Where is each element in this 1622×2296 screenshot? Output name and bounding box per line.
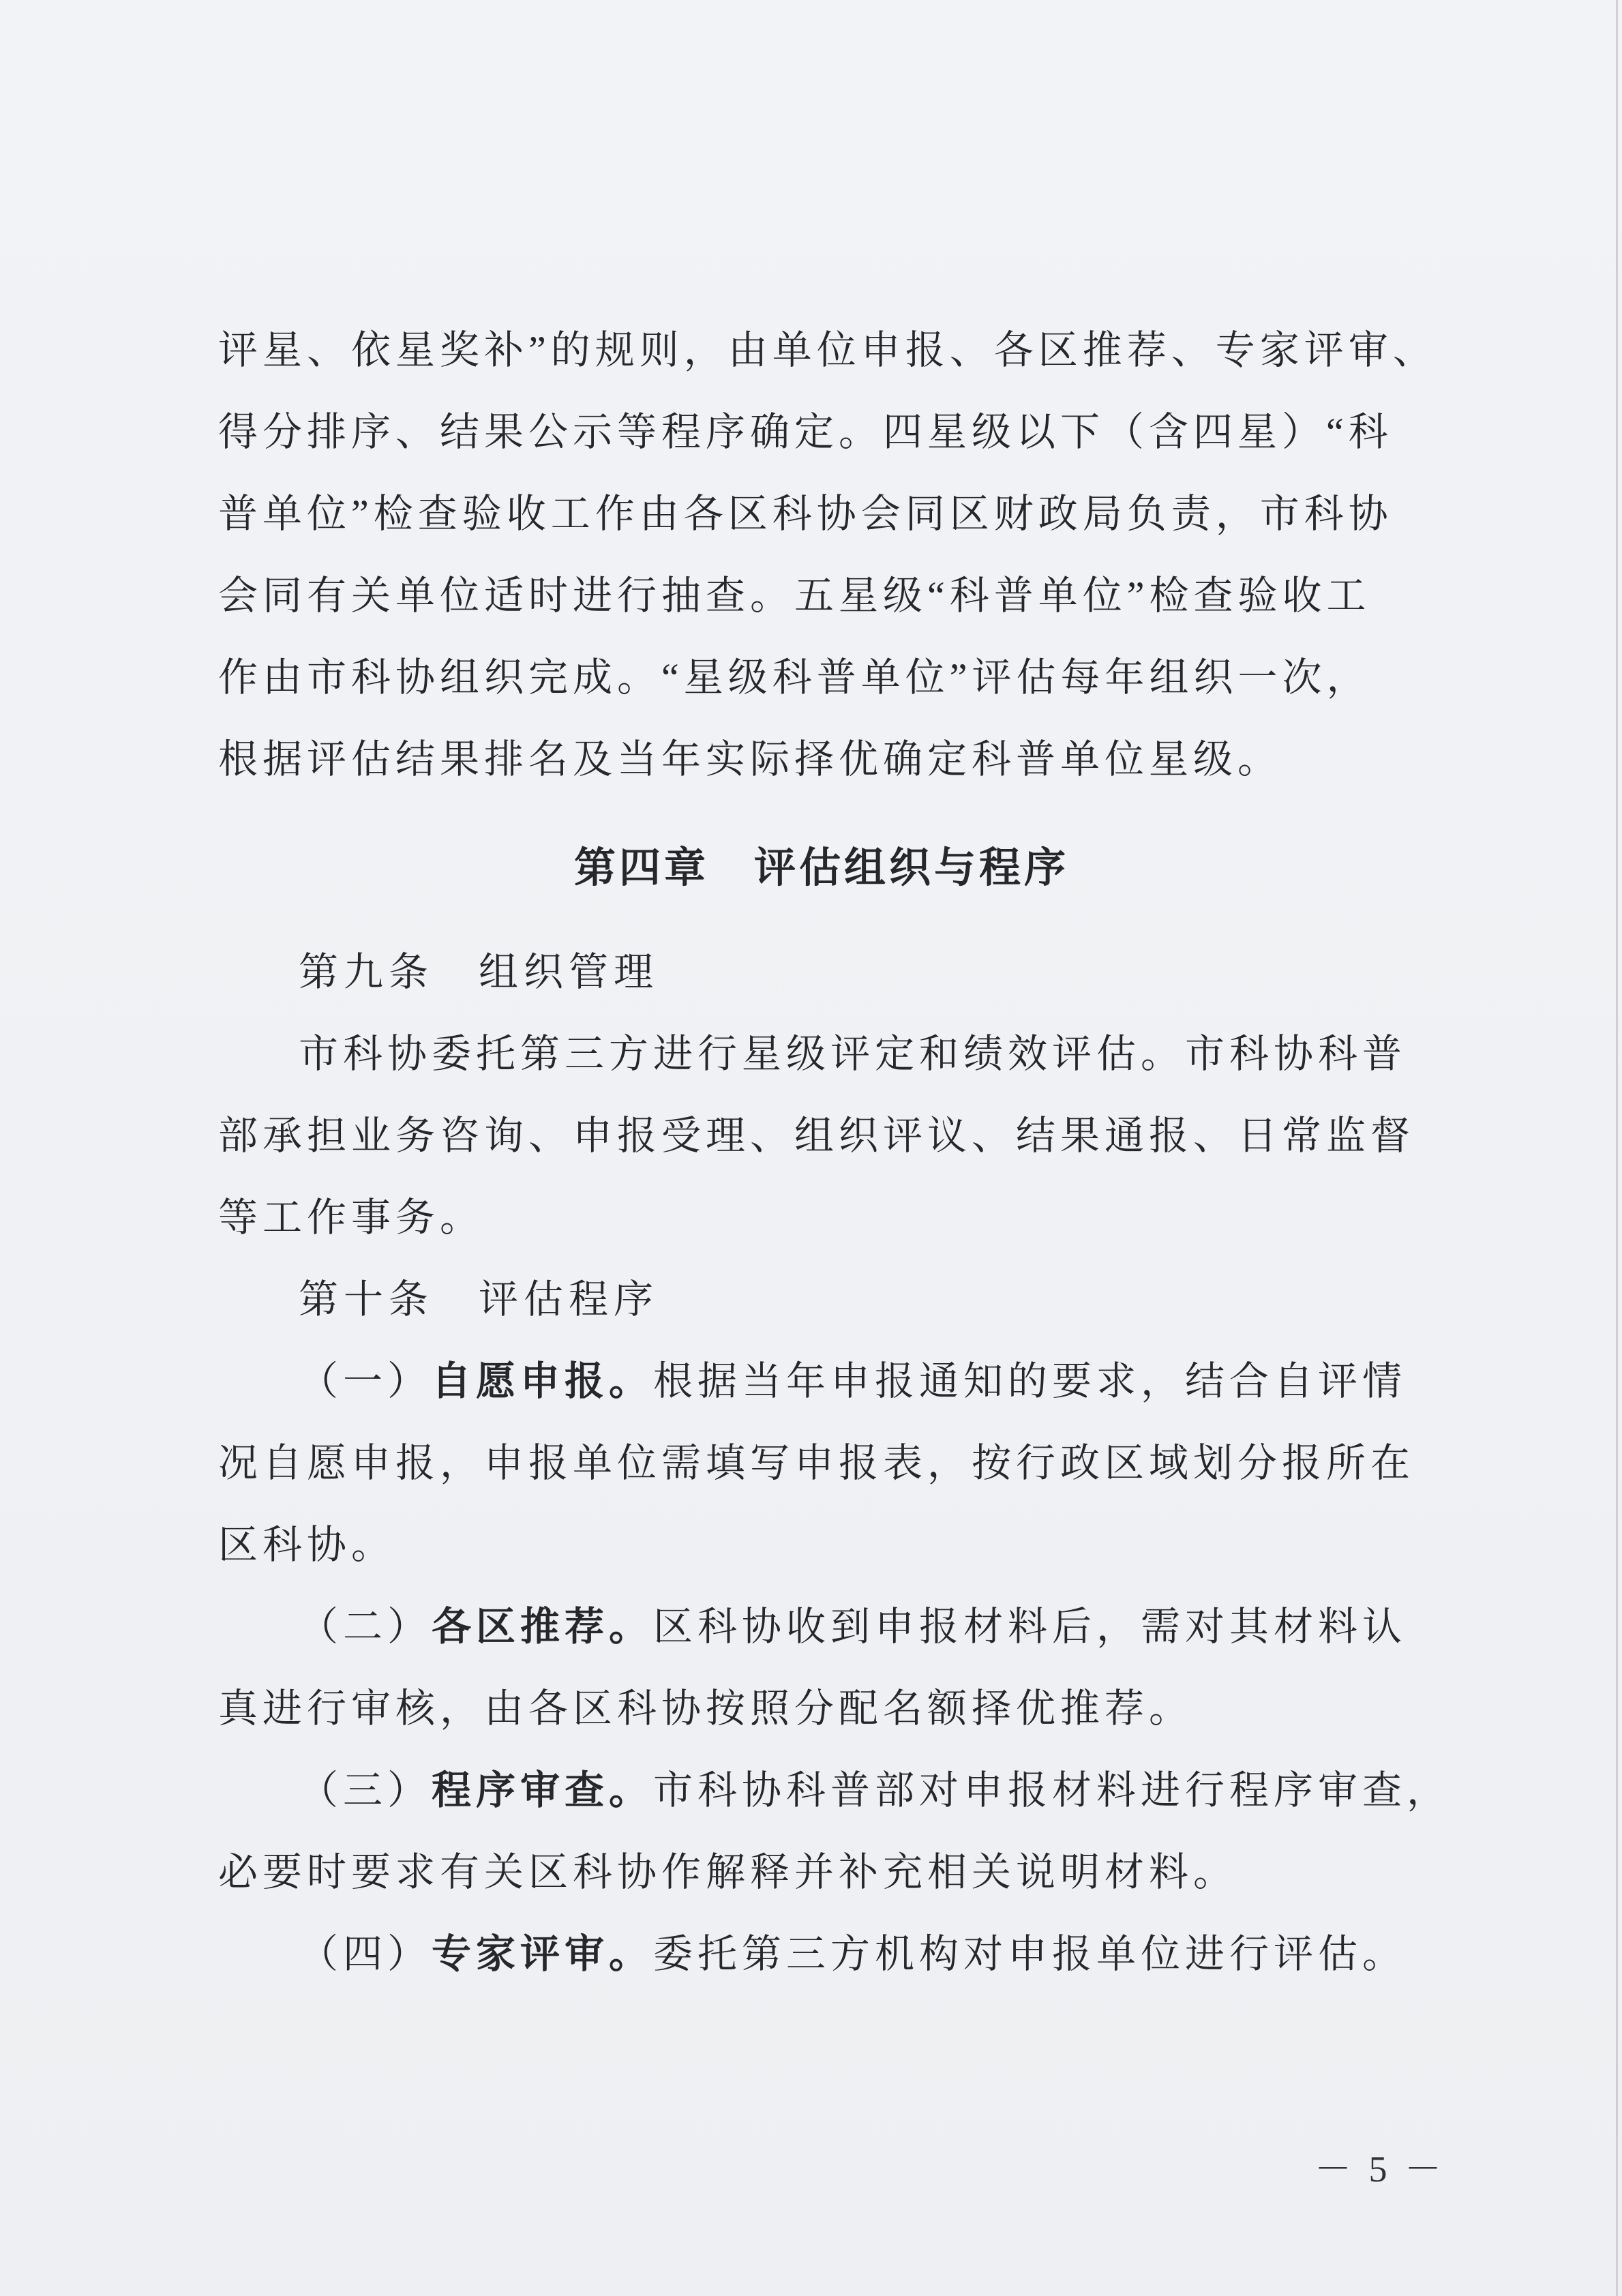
- document-line: （四）专家评审。委托第三方机构对申报单位进行评估。: [218, 1913, 1425, 1995]
- line-segment: 根据当年申报通知的要求，结合自评情: [653, 1359, 1407, 1403]
- document-line: 必要时要求有关区科协作解释并补充相关说明材料。: [218, 1832, 1425, 1913]
- line-segment: （四）: [299, 1932, 432, 1976]
- scan-edge-artifact: [1616, 0, 1618, 2296]
- document-line: （一）自愿申报。根据当年申报通知的要求，结合自评情: [218, 1341, 1425, 1422]
- document-page: 评星、依星奖补”的规则，由单位申报、各区推荐、专家评审、得分排序、结果公示等程序…: [0, 0, 1622, 2296]
- line-segment: 各区推荐。: [432, 1605, 653, 1649]
- line-segment: 评星、依星奖补”的规则，由单位申报、各区推荐、专家评审、: [218, 328, 1437, 372]
- document-line: 第四章 评估组织与程序: [218, 826, 1425, 908]
- line-segment: 第九条 组织管理: [299, 950, 659, 994]
- line-segment: 况自愿申报，申报单位需填写申报表，按行政区域划分报所在: [218, 1441, 1415, 1485]
- line-segment: （二）: [299, 1605, 432, 1649]
- page-number: － 5 －: [1315, 2140, 1445, 2192]
- document-line: （二）各区推荐。区科协收到申报材料后，需对其材料认: [218, 1586, 1425, 1668]
- line-segment: 专家评审。: [432, 1932, 653, 1976]
- document-line: 会同有关单位适时进行抽查。五星级“科普单位”检查验收工: [218, 555, 1425, 637]
- line-segment: 市科协科普部对申报材料进行程序审查，: [653, 1768, 1451, 1813]
- line-segment: 部承担业务咨询、申报受理、组织评议、结果通报、日常监督: [218, 1114, 1415, 1158]
- line-segment: 委托第三方机构对申报单位进行评估。: [653, 1932, 1407, 1976]
- line-segment: 第四章 评估组织与程序: [574, 844, 1069, 891]
- line-segment: 第十条 评估程序: [299, 1277, 659, 1322]
- document-line: 真进行审核，由各区科协按照分配名额择优推荐。: [218, 1668, 1425, 1750]
- document-line: 评星、依星奖补”的规则，由单位申报、各区推荐、专家评审、: [218, 310, 1425, 391]
- line-segment: 根据评估结果排名及当年实际择优确定科普单位星级。: [218, 737, 1282, 781]
- line-segment: 真进行审核，由各区科协按照分配名额择优推荐。: [218, 1686, 1193, 1731]
- line-segment: 市科协委托第三方进行星级评定和绩效评估。市科协科普: [299, 1032, 1407, 1076]
- document-line: 根据评估结果排名及当年实际择优确定科普单位星级。: [218, 719, 1425, 801]
- line-segment: 区科协。: [218, 1523, 395, 1567]
- line-segment: 普单位”检查验收工作由各区科协会同区财政局负责，市科协: [218, 492, 1393, 536]
- document-line: 作由市科协组织完成。“星级科普单位”评估每年组织一次，: [218, 637, 1425, 719]
- document-line: 况自愿申报，申报单位需填写申报表，按行政区域划分报所在: [218, 1422, 1425, 1504]
- line-segment: 必要时要求有关区科协作解释并补充相关说明材料。: [218, 1850, 1237, 1894]
- document-line: 区科协。: [218, 1504, 1425, 1586]
- document-line: 部承担业务咨询、申报受理、组织评议、结果通报、日常监督: [218, 1095, 1425, 1177]
- document-line: 市科协委托第三方进行星级评定和绩效评估。市科协科普: [218, 1013, 1425, 1095]
- document-line: 等工作事务。: [218, 1177, 1425, 1259]
- document-lines: 评星、依星奖补”的规则，由单位申报、各区推荐、专家评审、得分排序、结果公示等程序…: [218, 310, 1425, 1995]
- line-segment: 作由市科协组织完成。“星级科普单位”评估每年组织一次，: [218, 655, 1371, 700]
- line-segment: 得分排序、结果公示等程序确定。四星级以下（含四星）“科: [218, 410, 1393, 454]
- document-line: 第九条 组织管理: [218, 931, 1425, 1013]
- line-segment: 程序审查。: [432, 1768, 653, 1813]
- document-line: 普单位”检查验收工作由各区科协会同区财政局负责，市科协: [218, 473, 1425, 555]
- document-line: 得分排序、结果公示等程序确定。四星级以下（含四星）“科: [218, 391, 1425, 473]
- line-segment: （一）: [299, 1359, 432, 1403]
- document-line: 第十条 评估程序: [218, 1259, 1425, 1341]
- line-segment: （三）: [299, 1768, 432, 1813]
- line-segment: 区科协收到申报材料后，需对其材料认: [653, 1605, 1407, 1649]
- line-segment: 会同有关单位适时进行抽查。五星级“科普单位”检查验收工: [218, 573, 1371, 618]
- document-line: （三）程序审查。市科协科普部对申报材料进行程序审查，: [218, 1750, 1425, 1832]
- line-segment: 自愿申报。: [432, 1359, 653, 1403]
- line-segment: 等工作事务。: [218, 1195, 484, 1240]
